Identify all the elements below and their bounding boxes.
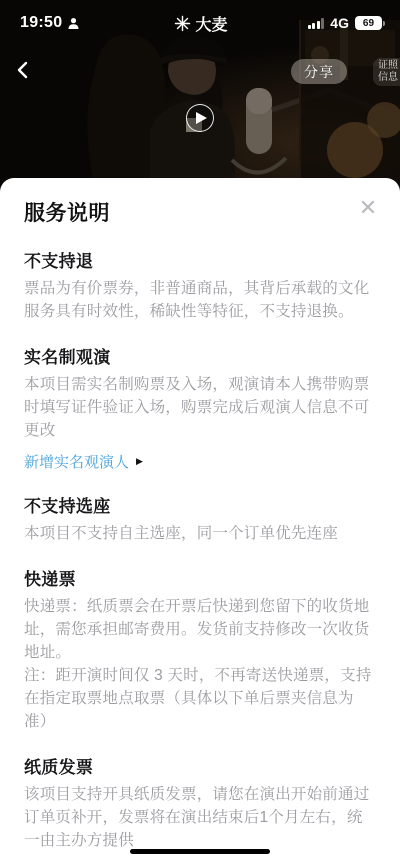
section-title: 实名制观演	[24, 343, 376, 368]
sheet-title: 服务说明	[24, 197, 376, 227]
chevron-left-icon	[12, 59, 34, 81]
section-title: 不支持退	[24, 247, 376, 272]
section-no-seat-selection: 不支持选座 本项目不支持自主选座，同一个订单优先连座	[24, 492, 376, 545]
section-body: 票品为有价票券，非普通商品，其背后承载的文化服务具有时效性，稀缺性等特征，不支持…	[24, 277, 376, 323]
play-button[interactable]	[186, 104, 214, 132]
share-button[interactable]: 分享	[291, 59, 347, 84]
section-body: 快递票：纸质票会在开票后快递到您留下的收货地址，需您承担邮寄费用。发货前支持修改…	[24, 595, 376, 664]
license-info-tag[interactable]: 证照 信息	[373, 58, 400, 86]
clock: 19:50	[20, 14, 62, 32]
arrow-right-icon: ▶	[136, 456, 143, 467]
license-info-line2: 信息	[378, 72, 398, 84]
close-button[interactable]: ✕	[352, 192, 384, 224]
section-paper-invoice: 纸质发票 该项目支持开具纸质发票，请您在演出开始前通过订单页补开，发票将在演出结…	[24, 753, 376, 852]
section-title: 纸质发票	[24, 753, 376, 778]
battery-icon: 69	[355, 16, 382, 30]
network-label: 4G	[330, 15, 349, 31]
focus-person-icon	[67, 17, 80, 30]
add-attendee-label: 新增实名观演人	[24, 451, 129, 472]
home-indicator[interactable]	[130, 849, 270, 854]
video-player[interactable]: 19:50	[0, 0, 400, 190]
service-description-sheet: 服务说明 ✕ 不支持退 票品为有价票券，非普通商品，其背后承载的文化服务具有时效…	[0, 178, 400, 865]
section-note: 注：距开演时间仅 3 天时，不再寄送快递票，支持在指定取票地点取票（具体以下单后…	[24, 664, 376, 733]
section-real-name: 实名制观演 本项目需实名制购票及入场，观演请本人携带购票时填写证件验证入场，购票…	[24, 343, 376, 472]
section-body: 本项目需实名制购票及入场，观演请本人携带购票时填写证件验证入场，购票完成后观演人…	[24, 373, 376, 442]
status-bar: 19:50	[0, 0, 400, 40]
screen: 19:50	[0, 0, 400, 865]
back-button[interactable]	[10, 58, 36, 84]
play-icon	[196, 112, 207, 124]
section-no-refund: 不支持退 票品为有价票券，非普通商品，其背后承载的文化服务具有时效性，稀缺性等特…	[24, 247, 376, 323]
section-title: 快递票	[24, 565, 376, 590]
section-body: 本项目不支持自主选座，同一个订单优先连座	[24, 522, 376, 545]
add-attendee-link[interactable]: 新增实名观演人 ▶	[24, 451, 143, 472]
section-express-ticket: 快递票 快递票：纸质票会在开票后快递到您留下的收货地址，需您承担邮寄费用。发货前…	[24, 565, 376, 733]
carrier-label: 大麦	[195, 12, 227, 35]
signal-icon	[308, 18, 325, 29]
license-info-line1: 证照	[378, 60, 398, 72]
damai-logo-icon	[174, 15, 191, 32]
section-title: 不支持选座	[24, 492, 376, 517]
section-body: 该项目支持开具纸质发票，请您在演出开始前通过订单页补开，发票将在演出结束后1个月…	[24, 783, 376, 852]
